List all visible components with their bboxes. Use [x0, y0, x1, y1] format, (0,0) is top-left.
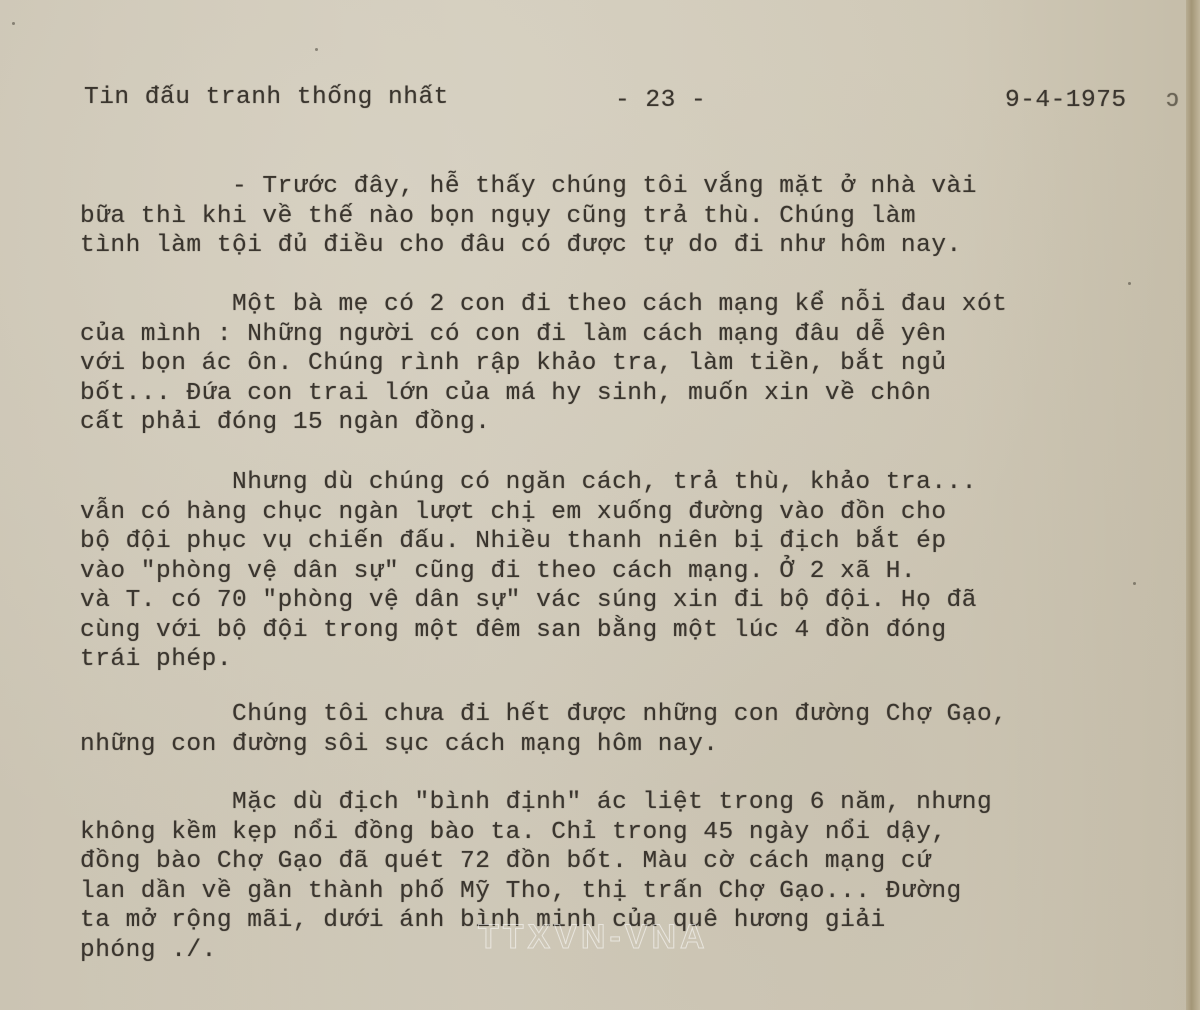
text-line: bộ đội phục vụ chiến đấu. Nhiều thanh ni… — [80, 527, 977, 557]
text-line: Nhưng dù chúng có ngăn cách, trả thù, kh… — [80, 468, 977, 498]
text-line: không kềm kẹp nổi đồng bào ta. Chỉ trong… — [80, 818, 992, 848]
text-line: những con đường sôi sục cách mạng hôm na… — [80, 730, 1007, 760]
text-line: Mặc dù địch "bình định" ác liệt trong 6 … — [80, 788, 992, 818]
text-line: lan dần về gần thành phố Mỹ Tho, thị trấ… — [80, 877, 992, 907]
paragraph-2: Một bà mẹ có 2 con đi theo cách mạng kể … — [80, 290, 1007, 438]
text-line: cất phải đóng 15 ngàn đồng. — [80, 408, 1007, 438]
paper-speck — [12, 22, 15, 25]
paper-speck — [1128, 282, 1131, 285]
text-line: - Trước đây, hễ thấy chúng tôi vắng mặt … — [80, 172, 977, 202]
page-binding-edge — [1186, 0, 1200, 1010]
text-line: đồng bào Chợ Gạo đã quét 72 đồn bốt. Màu… — [80, 847, 992, 877]
text-line: cùng với bộ đội trong một đêm san bằng m… — [80, 616, 977, 646]
header-date: 9-4-1975 — [1005, 87, 1127, 114]
text-line: Chúng tôi chưa đi hết được những con đườ… — [80, 700, 1007, 730]
header-title: Tin đấu tranh thống nhất — [84, 84, 449, 111]
text-line: vào "phòng vệ dân sự" cũng đi theo cách … — [80, 557, 977, 587]
watermark-logo: TTXVN-VNA — [478, 918, 709, 957]
paper-speck — [315, 48, 318, 51]
text-line: trái phép. — [80, 645, 977, 675]
margin-mark: ↄ — [1165, 87, 1180, 114]
text-line: Một bà mẹ có 2 con đi theo cách mạng kể … — [80, 290, 1007, 320]
text-line: và T. có 70 "phòng vệ dân sự" vác súng x… — [80, 586, 977, 616]
text-line: với bọn ác ôn. Chúng rình rập khảo tra, … — [80, 349, 1007, 379]
paper-speck — [1133, 582, 1136, 585]
text-line: bữa thì khi về thế nào bọn ngụy cũng trả… — [80, 202, 977, 232]
page-number: - 23 - — [615, 87, 706, 114]
text-line: vẫn có hàng chục ngàn lượt chị em xuống … — [80, 498, 977, 528]
text-line: của mình : Những người có con đi làm các… — [80, 320, 1007, 350]
text-line: bốt... Đứa con trai lớn của má hy sinh, … — [80, 379, 1007, 409]
paragraph-4: Chúng tôi chưa đi hết được những con đườ… — [80, 700, 1007, 759]
paragraph-3: Nhưng dù chúng có ngăn cách, trả thù, kh… — [80, 468, 977, 675]
paragraph-1: - Trước đây, hễ thấy chúng tôi vắng mặt … — [80, 172, 977, 261]
text-line: tình làm tội đủ điều cho đâu có được tự … — [80, 231, 977, 261]
